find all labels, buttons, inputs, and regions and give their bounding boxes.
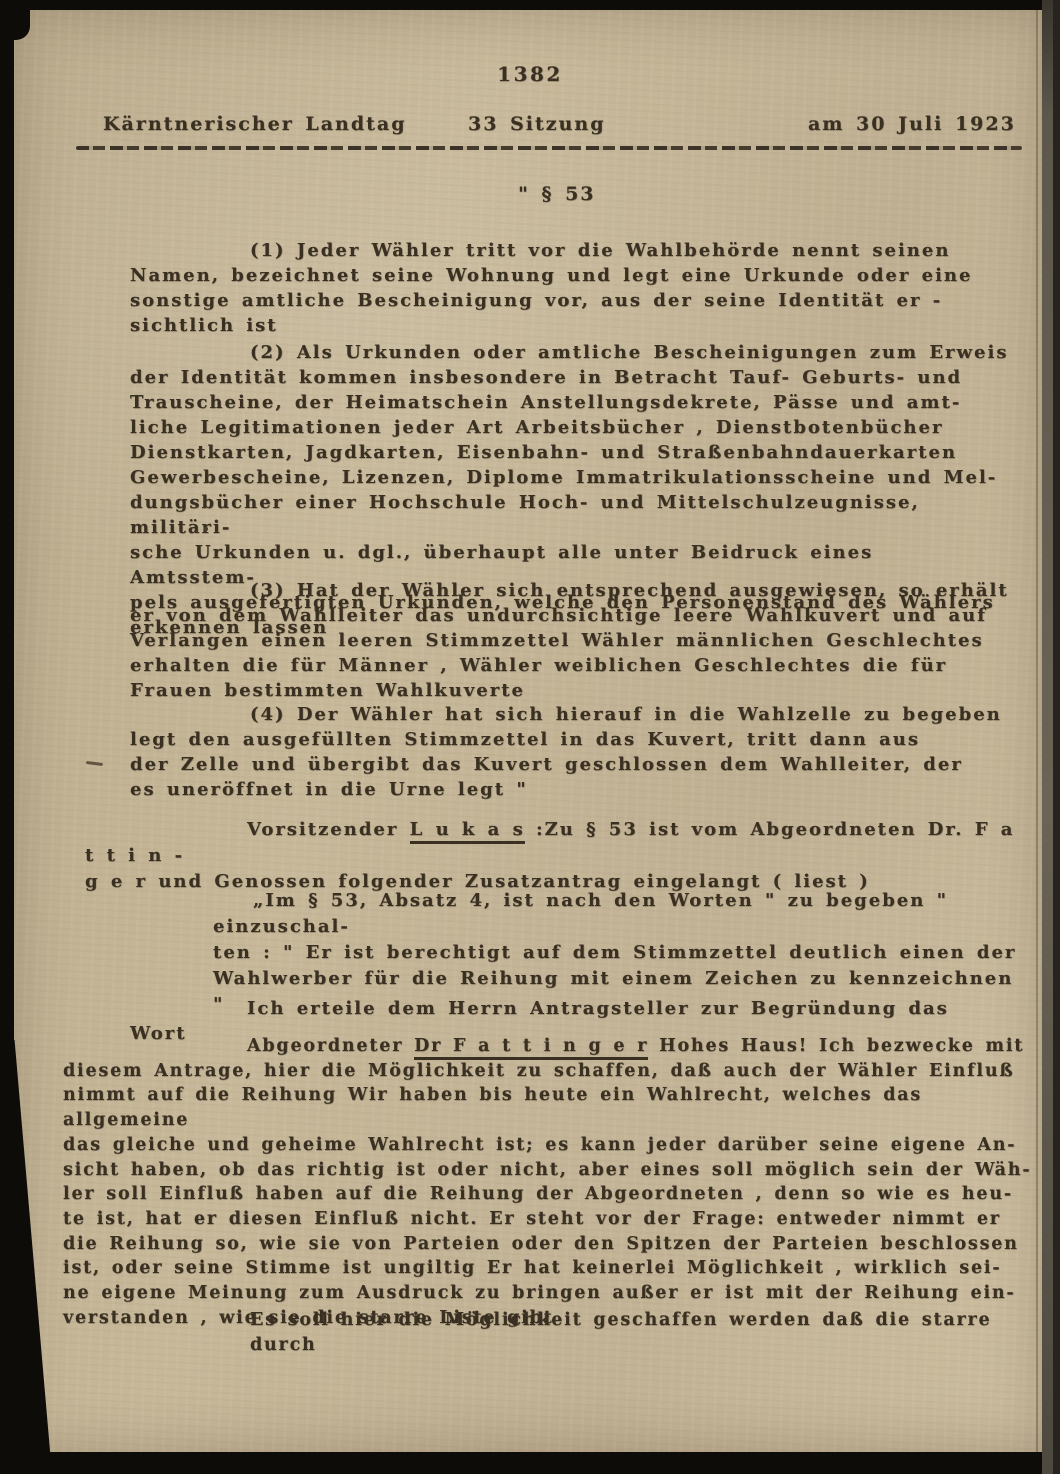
statute-paragraph-4: (4) Der Wähler hat sich hierauf in die W… xyxy=(130,702,1010,802)
header-session: 33 Sitzung xyxy=(468,112,605,137)
scan-corner-top-left xyxy=(0,0,30,40)
scan-edge-right xyxy=(1053,0,1060,1474)
statute-paragraph-3: (3) Hat der Wähler sich entsprechend aus… xyxy=(130,578,1010,703)
deputy-speech-text: Hohes Haus! Ich bezwecke mit diesem Antr… xyxy=(63,1036,1031,1328)
speaker-name-lukas: L u k a s xyxy=(410,819,525,844)
section-heading: " § 53 xyxy=(518,182,596,207)
scanned-protocol-page: 1382 Kärntnerischer Landtag 33 Sitzung a… xyxy=(0,0,1060,1474)
speaker-name-fattinger: Dr F a t t i n g e r xyxy=(414,1036,648,1060)
separator-rule xyxy=(76,146,1022,150)
header-date: am 30 Juli 1923 xyxy=(808,112,1016,137)
scan-edge-bottom xyxy=(0,1452,1060,1474)
deputy-speech: Abgeordneter Dr F a t t i n g e r Hohes … xyxy=(63,1034,1038,1330)
header-institution: Kärntnerischer Landtag xyxy=(103,112,407,137)
page-crease xyxy=(1036,10,1038,1452)
closing-line: Es soll hier die Möglichkeit geschaffen … xyxy=(250,1308,1040,1358)
page-number: 1382 xyxy=(0,62,1060,87)
scan-edge-right-strip xyxy=(1042,0,1053,1474)
ink-dot xyxy=(204,527,208,531)
chair-speech: Vorsitzender L u k a s :Zu § 53 ist vom … xyxy=(85,817,1035,895)
chair-speech-text: :Zu § 53 ist vom Abgeordneten Dr. F a t … xyxy=(85,819,1014,892)
statute-paragraph-1: (1) Jeder Wähler tritt vor die Wahlbehör… xyxy=(130,238,1010,338)
scan-edge-top xyxy=(0,0,1060,10)
deputy-role-label: Abgeordneter xyxy=(247,1036,414,1056)
chair-role-label: Vorsitzender xyxy=(247,819,410,840)
